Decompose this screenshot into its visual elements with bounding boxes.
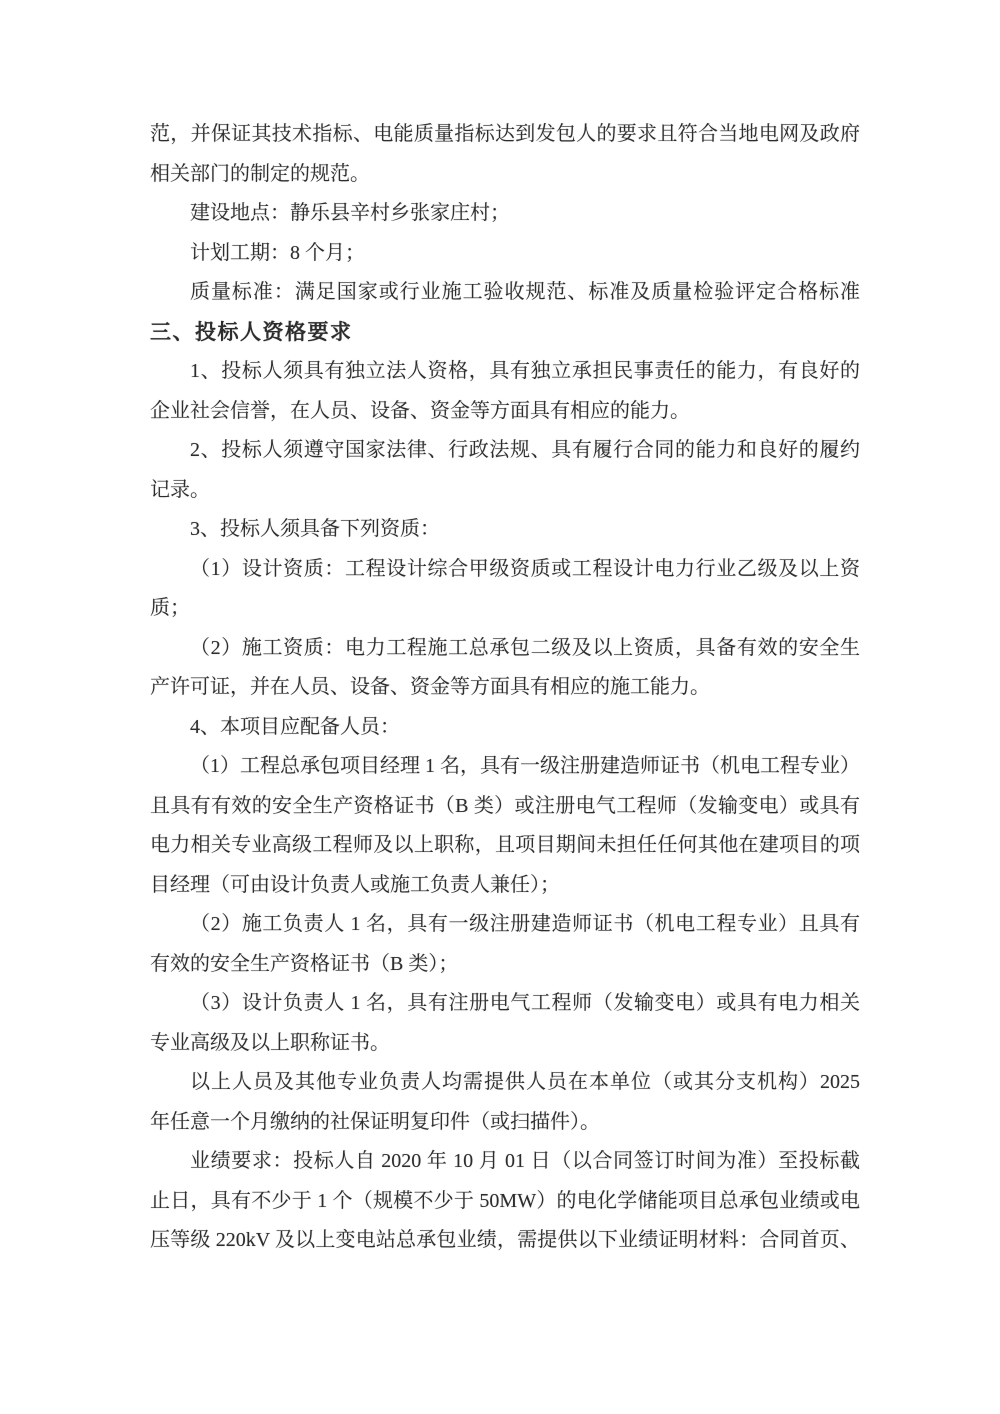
text-line: 有效的安全生产资格证书（B 类）； <box>150 945 860 985</box>
text-line: 2、投标人须遵守国家法律、行政法规、具有履行合同的能力和良好的履约 <box>150 431 860 471</box>
text-line: 业绩要求：投标人自 2020 年 10 月 01 日（以合同签订时间为准）至投标… <box>150 1142 860 1182</box>
text-line: 记录。 <box>150 471 860 511</box>
text-line: 质； <box>150 589 860 629</box>
text-line: 4、本项目应配备人员： <box>150 708 860 748</box>
text-line: 建设地点：静乐县辛村乡张家庄村； <box>150 194 860 234</box>
text-line: （1）设计资质：工程设计综合甲级资质或工程设计电力行业乙级及以上资 <box>150 550 860 590</box>
text-line: 压等级 220kV 及以上变电站总承包业绩，需提供以下业绩证明材料：合同首页、 <box>150 1221 860 1261</box>
text-line: （1）工程总承包项目经理 1 名，具有一级注册建造师证书（机电工程专业） <box>150 747 860 787</box>
text-line: 范，并保证其技术指标、电能质量指标达到发包人的要求且符合当地电网及政府 <box>150 115 860 155</box>
section-heading: 三、投标人资格要求 <box>150 313 860 353</box>
text-line: 质量标准：满足国家或行业施工验收规范、标准及质量检验评定合格标准 <box>150 273 860 313</box>
text-line: 企业社会信誉，在人员、设备、资金等方面具有相应的能力。 <box>150 392 860 432</box>
text-line: 相关部门的制定的规范。 <box>150 155 860 195</box>
text-line: （3）设计负责人 1 名，具有注册电气工程师（发输变电）或具有电力相关 <box>150 984 860 1024</box>
document-page: 范，并保证其技术指标、电能质量指标达到发包人的要求且符合当地电网及政府相关部门的… <box>0 0 1000 1414</box>
text-line: （2）施工负责人 1 名，具有一级注册建造师证书（机电工程专业）且具有 <box>150 905 860 945</box>
text-line: 产许可证，并在人员、设备、资金等方面具有相应的施工能力。 <box>150 668 860 708</box>
text-line: （2）施工资质：电力工程施工总承包二级及以上资质，具备有效的安全生 <box>150 629 860 669</box>
text-line: 止日，具有不少于 1 个（规模不少于 50MW）的电化学储能项目总承包业绩或电 <box>150 1182 860 1222</box>
text-line: 电力相关专业高级工程师及以上职称，且项目期间未担任任何其他在建项目的项 <box>150 826 860 866</box>
text-line: 年任意一个月缴纳的社保证明复印件（或扫描件）。 <box>150 1103 860 1143</box>
text-line: 1、投标人须具有独立法人资格，具有独立承担民事责任的能力，有良好的 <box>150 352 860 392</box>
text-line: 且具有有效的安全生产资格证书（B 类）或注册电气工程师（发输变电）或具有 <box>150 787 860 827</box>
text-line: 专业高级及以上职称证书。 <box>150 1024 860 1064</box>
document-text-block: 范，并保证其技术指标、电能质量指标达到发包人的要求且符合当地电网及政府相关部门的… <box>150 115 860 1261</box>
text-line: 计划工期：8 个月； <box>150 234 860 274</box>
text-line: 以上人员及其他专业负责人均需提供人员在本单位（或其分支机构）2025 <box>150 1063 860 1103</box>
text-line: 3、投标人须具备下列资质： <box>150 510 860 550</box>
text-line: 目经理（可由设计负责人或施工负责人兼任）； <box>150 866 860 906</box>
